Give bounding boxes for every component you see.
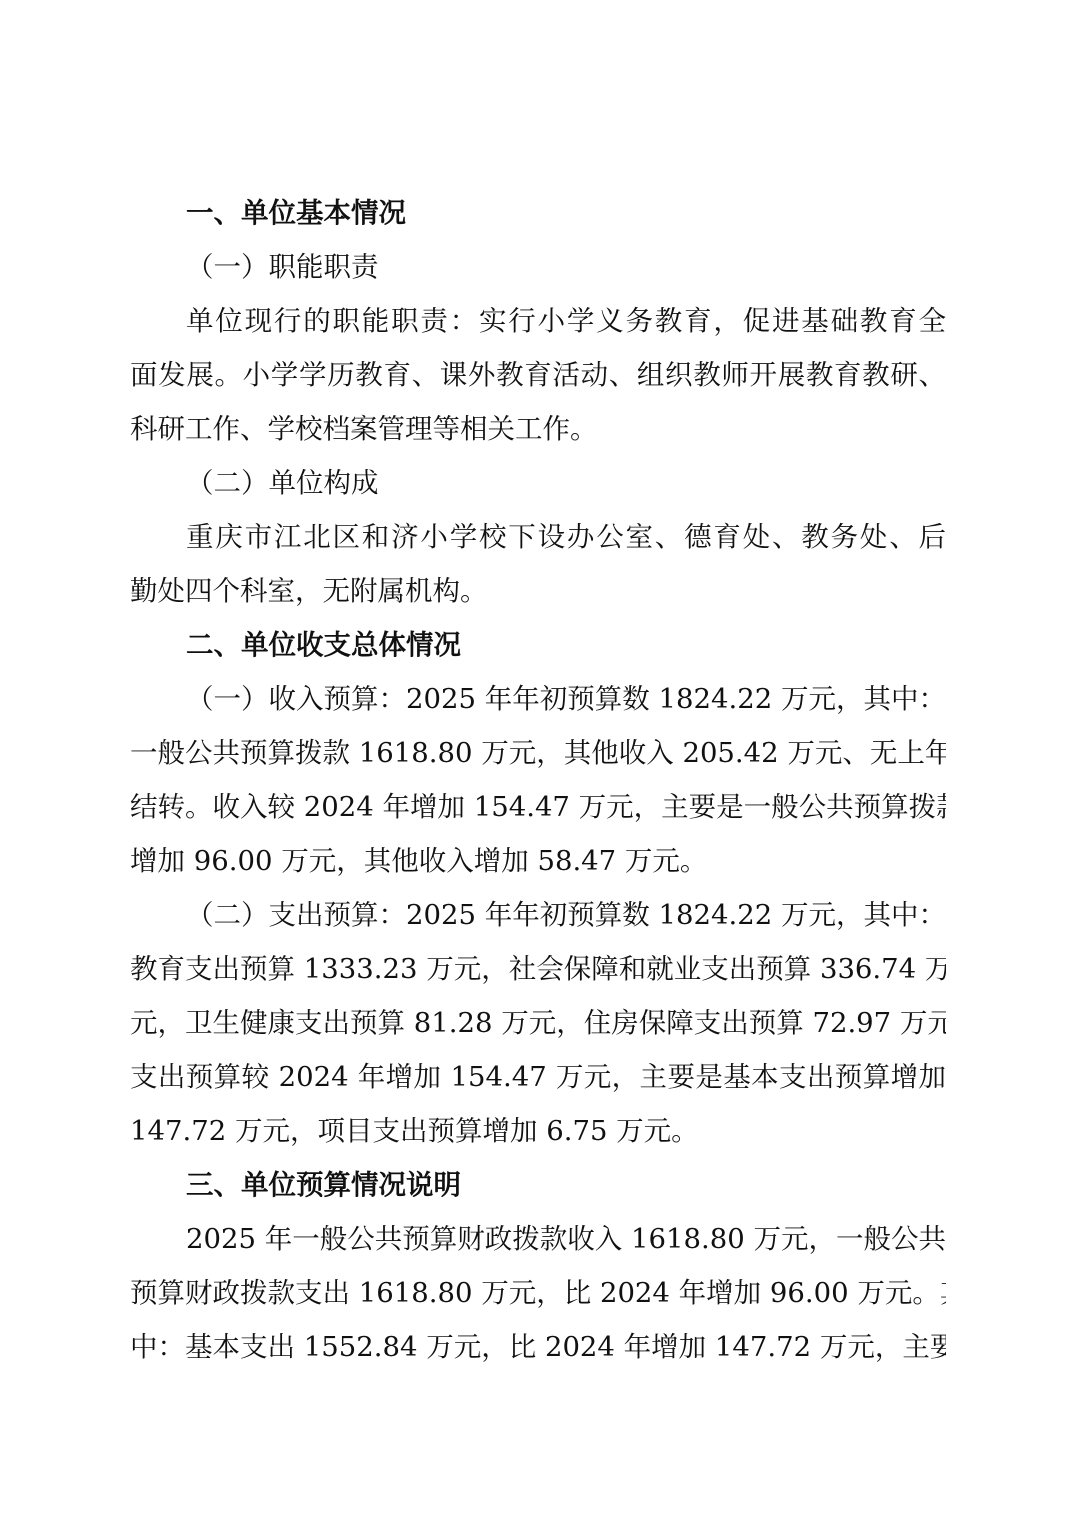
paragraph-line-expenditure: 元，卫生健康支出预算 81.28 万元，住房保障支出预算 72.97 万元。 xyxy=(130,996,946,1050)
paragraph-line-expenditure: 支出预算较 2024 年增加 154.47 万元，主要是基本支出预算增加 xyxy=(130,1050,946,1104)
paragraph-line: 预算财政拨款支出 1618.80 万元，比 2024 年增加 96.00 万元。… xyxy=(130,1266,946,1320)
subsection-heading-composition: （二）单位构成 xyxy=(130,456,946,510)
subsection-heading-functions: （一）职能职责 xyxy=(130,240,946,294)
paragraph-line-income: 一般公共预算拨款 1618.80 万元，其他收入 205.42 万元、无上年 xyxy=(130,726,946,780)
paragraph-line: 单位现行的职能职责：实行小学义务教育，促进基础教育全 xyxy=(130,294,946,348)
paragraph-line: 2025 年一般公共预算财政拨款收入 1618.80 万元，一般公共 xyxy=(130,1212,946,1266)
paragraph-line-income: （一）收入预算：2025 年年初预算数 1824.22 万元，其中： xyxy=(130,672,946,726)
paragraph-line: 面发展。小学学历教育、课外教育活动、组织教师开展教育教研、 xyxy=(130,348,946,402)
section-heading-budget-explanation: 三、单位预算情况说明 xyxy=(130,1158,946,1212)
paragraph-line-income: 增加 96.00 万元，其他收入增加 58.47 万元。 xyxy=(130,834,946,888)
paragraph-line: 中：基本支出 1552.84 万元，比 2024 年增加 147.72 万元，主… xyxy=(130,1320,946,1374)
paragraph-line-expenditure: 教育支出预算 1333.23 万元，社会保障和就业支出预算 336.74 万 xyxy=(130,942,946,996)
paragraph-line: 重庆市江北区和济小学校下设办公室、德育处、教务处、后 xyxy=(130,510,946,564)
paragraph-line-expenditure: （二）支出预算：2025 年年初预算数 1824.22 万元，其中： xyxy=(130,888,946,942)
section-heading-income-expenditure: 二、单位收支总体情况 xyxy=(130,618,946,672)
document-page: 一、单位基本情况 （一）职能职责 单位现行的职能职责：实行小学义务教育，促进基础… xyxy=(130,186,946,1374)
paragraph-line: 勤处四个科室，无附属机构。 xyxy=(130,564,946,618)
paragraph-line: 科研工作、学校档案管理等相关工作。 xyxy=(130,402,946,456)
paragraph-line-income: 结转。收入较 2024 年增加 154.47 万元，主要是一般公共预算拨款 xyxy=(130,780,946,834)
section-heading-basic-info: 一、单位基本情况 xyxy=(130,186,946,240)
paragraph-line-expenditure: 147.72 万元，项目支出预算增加 6.75 万元。 xyxy=(130,1104,946,1158)
